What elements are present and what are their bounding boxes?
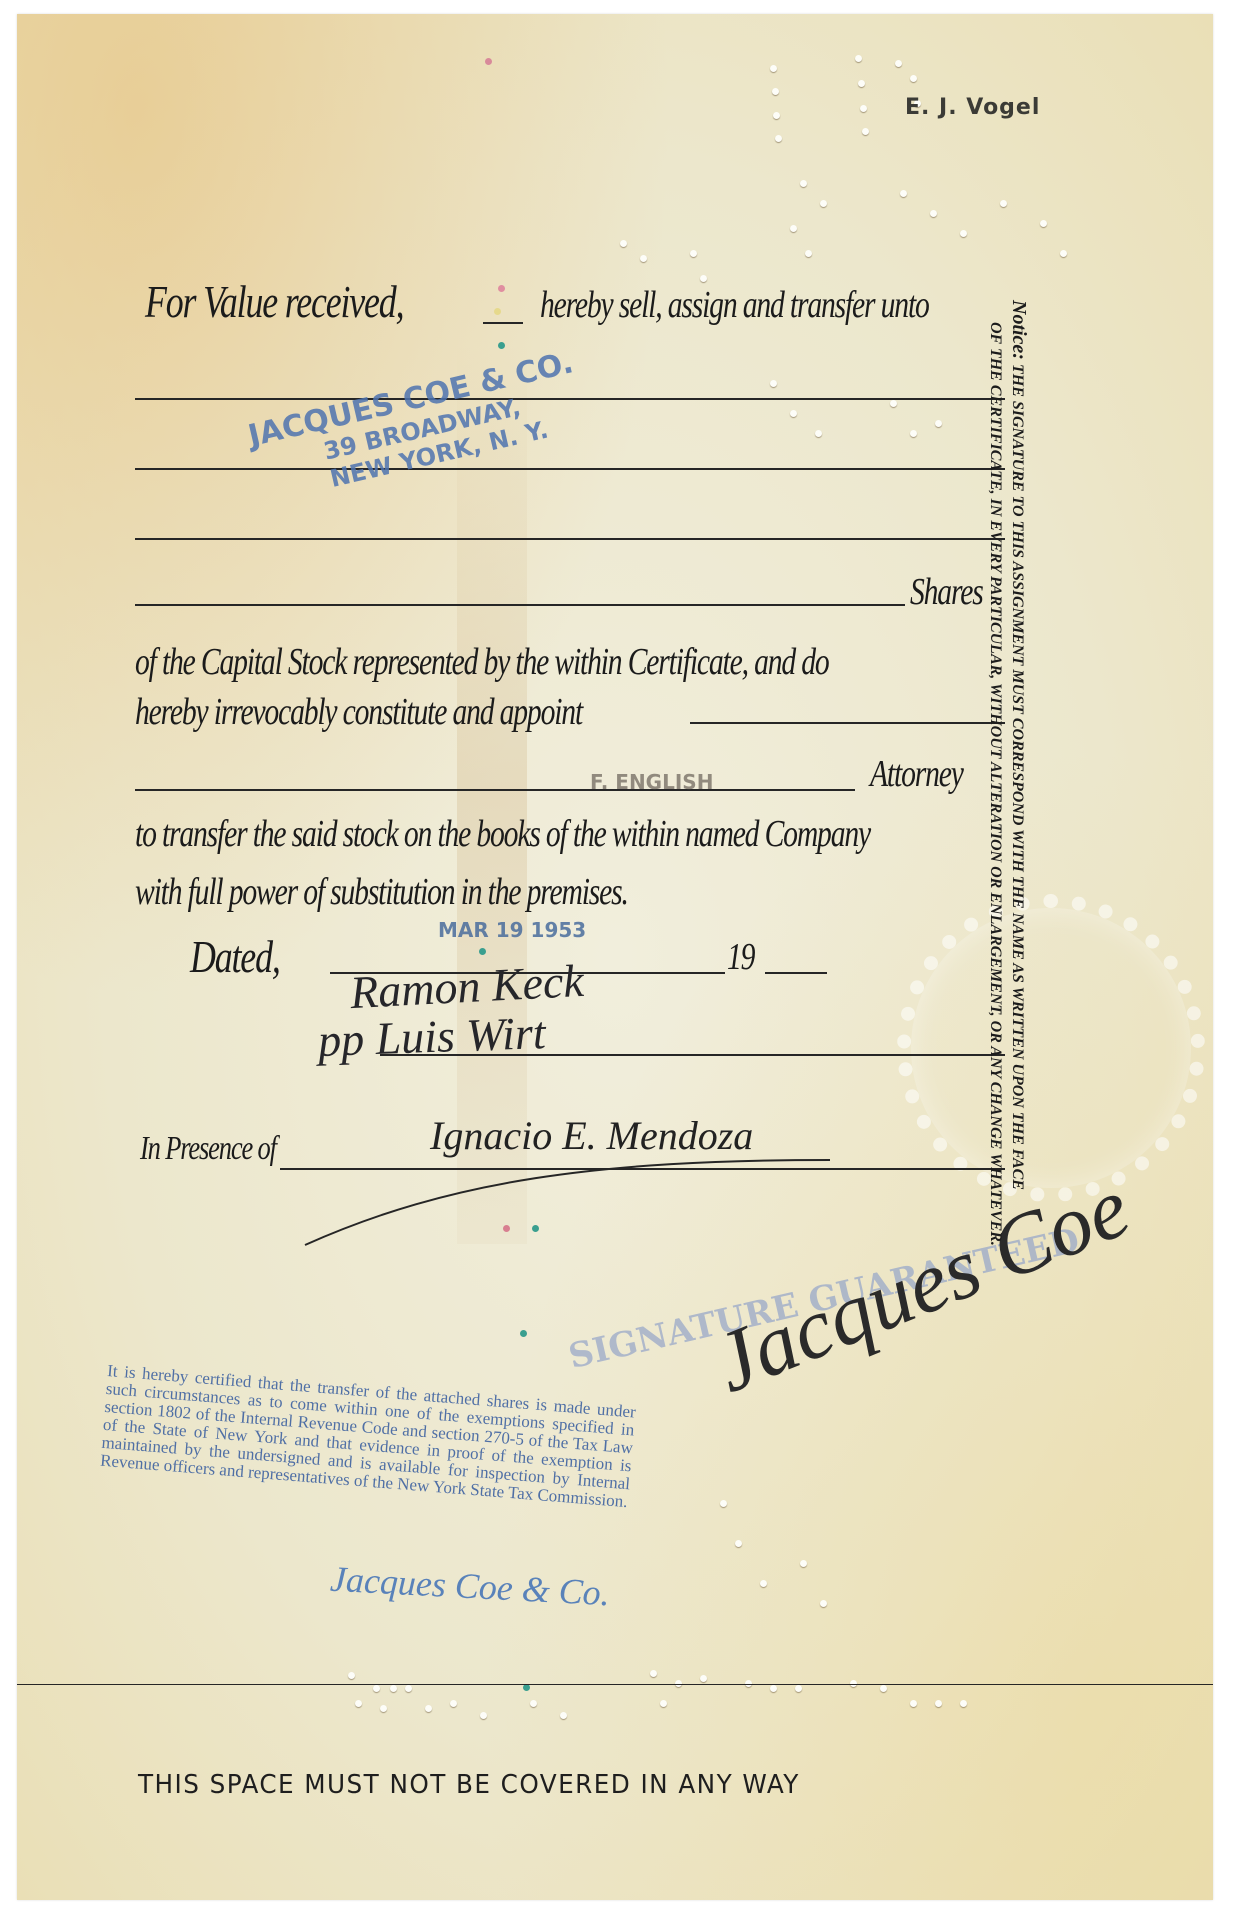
ink-speck [520,1330,527,1337]
ink-speck [498,342,505,349]
do-not-cover-notice: THIS SPACE MUST NOT BE COVERED IN ANY WA… [138,1770,800,1800]
attorney-name-stamp: F. ENGLISH [590,770,713,794]
substitution-text: with full power of substitution in the p… [135,870,628,914]
bleed-through-shadow [457,344,527,1244]
owner-name-stamp: E. J. Vogel [905,95,1040,120]
date-stamp: MAR 19 1953 [438,918,586,942]
appoint-text: hereby irrevocably constitute and appoin… [135,690,582,734]
shares-label: Shares [910,570,983,614]
appoint-line[interactable] [690,722,1005,724]
assignor-name-blank[interactable] [483,322,523,324]
sell-assign-transfer-label: hereby sell, assign and transfer unto [540,283,929,327]
ink-speck [479,948,486,955]
embossed-seal [897,894,1205,1202]
ink-speck [494,308,501,315]
ink-speck [485,58,492,65]
assignor-signature-line[interactable] [380,1054,1005,1056]
dated-label: Dated, [190,930,280,983]
attorney-label: Attorney [870,752,963,796]
attorney-name-line[interactable] [135,789,855,791]
year-prefix: 19 [727,935,754,979]
footer-divider [17,1684,1213,1685]
for-value-received-label: For Value received, [145,275,403,328]
signature-notice: Notice: THE SIGNATURE TO THIS ASSIGNMENT… [984,300,1030,1220]
transfer-text: to transfer the said stock on the books … [135,812,870,856]
transferee-line-3[interactable] [135,538,1005,540]
in-presence-of-label: In Presence of [140,1130,276,1168]
ink-speck [498,285,505,292]
capital-stock-text: of the Capital Stock represented by the … [135,640,829,684]
assignor-signature-2: pp Luis Wirt [317,1006,546,1067]
witness-signature-flourish [300,1130,860,1250]
year-line[interactable] [765,972,827,974]
shares-count-line[interactable] [135,604,905,606]
